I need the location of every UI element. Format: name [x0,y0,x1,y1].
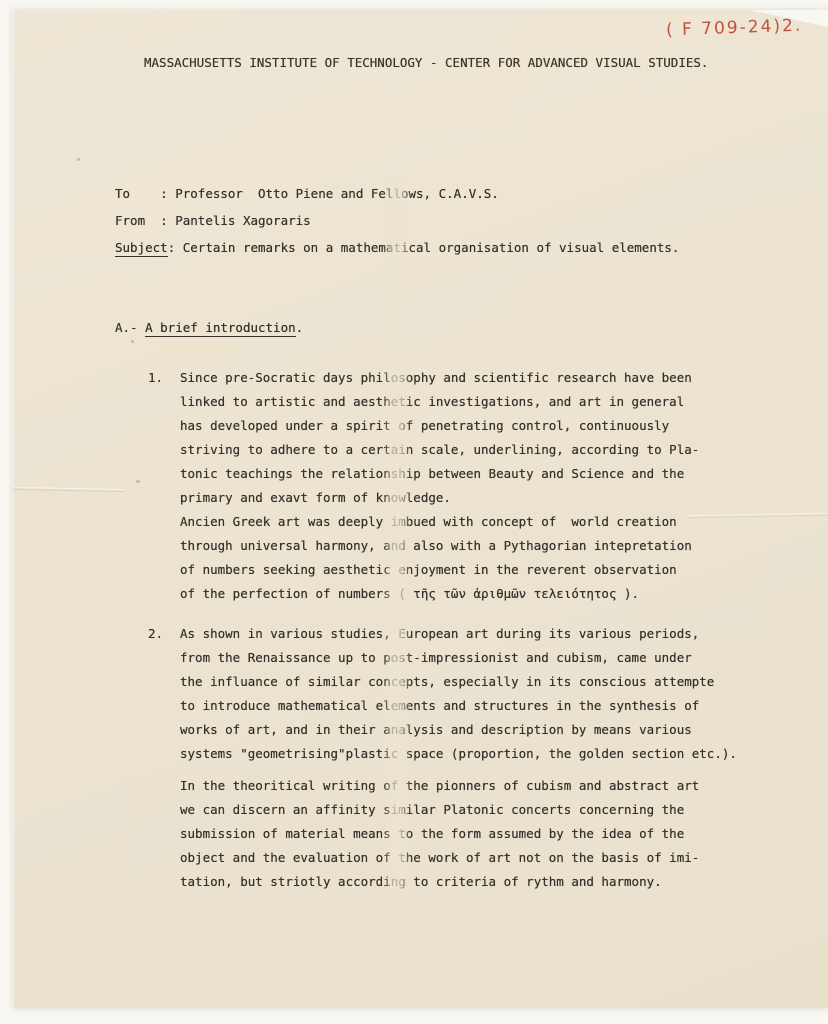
typewritten-line: submission of material means to the form… [180,826,699,850]
memo-fields: To : Professor Otto Piene and Fellows, C… [115,186,679,267]
handwritten-archive-number: ( F 709-24)2. [665,16,802,41]
typewritten-line: tonic teachings the relationship between… [180,466,699,490]
paragraph-1-number: 1. [148,370,180,610]
memo-to-value: : Professor Otto Piene and Fellows, C.A.… [130,186,499,201]
section-heading: A.- A brief introduction. [115,320,303,335]
paragraph-3: In the theoritical writing of the pionne… [148,778,699,898]
memo-subject-label: Subject [115,240,168,257]
typewritten-line-greek: of the perfection of numbers ( τῆς τῶν ἀ… [180,586,699,610]
paragraph-2-number: 2. [148,626,180,770]
paragraph-1-lines: Since pre-Socratic days philosophy and s… [180,370,699,610]
typewritten-line: Since pre-Socratic days philosophy and s… [180,370,699,394]
paper-sheet: ( F 709-24)2. MASSACHUSETTS INSTITUTE OF… [13,10,828,1008]
paper-speck [131,340,134,343]
paper-speck [136,480,140,483]
paragraph-1: 1. Since pre-Socratic days philosophy an… [148,370,699,610]
typewritten-line: systems "geometrising"plastic space (pro… [180,746,737,770]
typewritten-line: of numbers seeking aesthetic enjoyment i… [180,562,699,586]
typewritten-line: tation, but striotly according to criter… [180,874,699,898]
section-prefix: A.- [115,320,145,335]
section-title: A brief introduction [145,320,296,337]
typewritten-line: to introduce mathematical elements and s… [180,698,737,722]
memo-from-label: From [115,213,145,228]
paragraph-2-lines: As shown in various studies, European ar… [180,626,737,770]
typewritten-line: Ancien Greek art was deeply imbued with … [180,514,699,538]
typewritten-line: through universal harmony, and also with… [180,538,699,562]
paper-speck [77,158,80,161]
section-suffix: . [296,320,304,335]
memo-from-value: : Pantelis Xagoraris [145,213,311,228]
memo-to-line: To : Professor Otto Piene and Fellows, C… [115,186,679,213]
typewritten-line: primary and exavt form of knowledge. [180,490,699,514]
memo-from-line: From : Pantelis Xagoraris [115,213,679,240]
typewritten-line: has developed under a spirit of penetrat… [180,418,699,442]
typewritten-line: from the Renaissance up to post-impressi… [180,650,737,674]
paper-crease [688,513,828,518]
typewritten-line: In the theoritical writing of the pionne… [180,778,699,802]
typewritten-line: As shown in various studies, European ar… [180,626,737,650]
typewritten-line: linked to artistic and aesthetic investi… [180,394,699,418]
paper-crease [13,487,123,492]
typewritten-line: striving to adhere to a certain scale, u… [180,442,699,466]
memo-subject-line: Subject: Certain remarks on a mathematic… [115,240,679,267]
scanned-document-page: { "page": { "kind": "typewritten memo sc… [0,0,828,1024]
typewritten-line: we can discern an affinity similar Plato… [180,802,699,826]
memo-subject-value: : Certain remarks on a mathematical orga… [168,240,680,255]
memo-to-label: To [115,186,130,201]
typewritten-line: the influance of similar concepts, espec… [180,674,737,698]
typewritten-line: object and the evaluation of the work of… [180,850,699,874]
paragraph-3-lines: In the theoritical writing of the pionne… [180,778,699,898]
document-header-title: MASSACHUSETTS INSTITUTE OF TECHNOLOGY - … [144,55,708,70]
typewritten-line: works of art, and in their analysis and … [180,722,737,746]
paragraph-2: 2. As shown in various studies, European… [148,626,737,770]
paragraph-3-number [148,778,180,898]
